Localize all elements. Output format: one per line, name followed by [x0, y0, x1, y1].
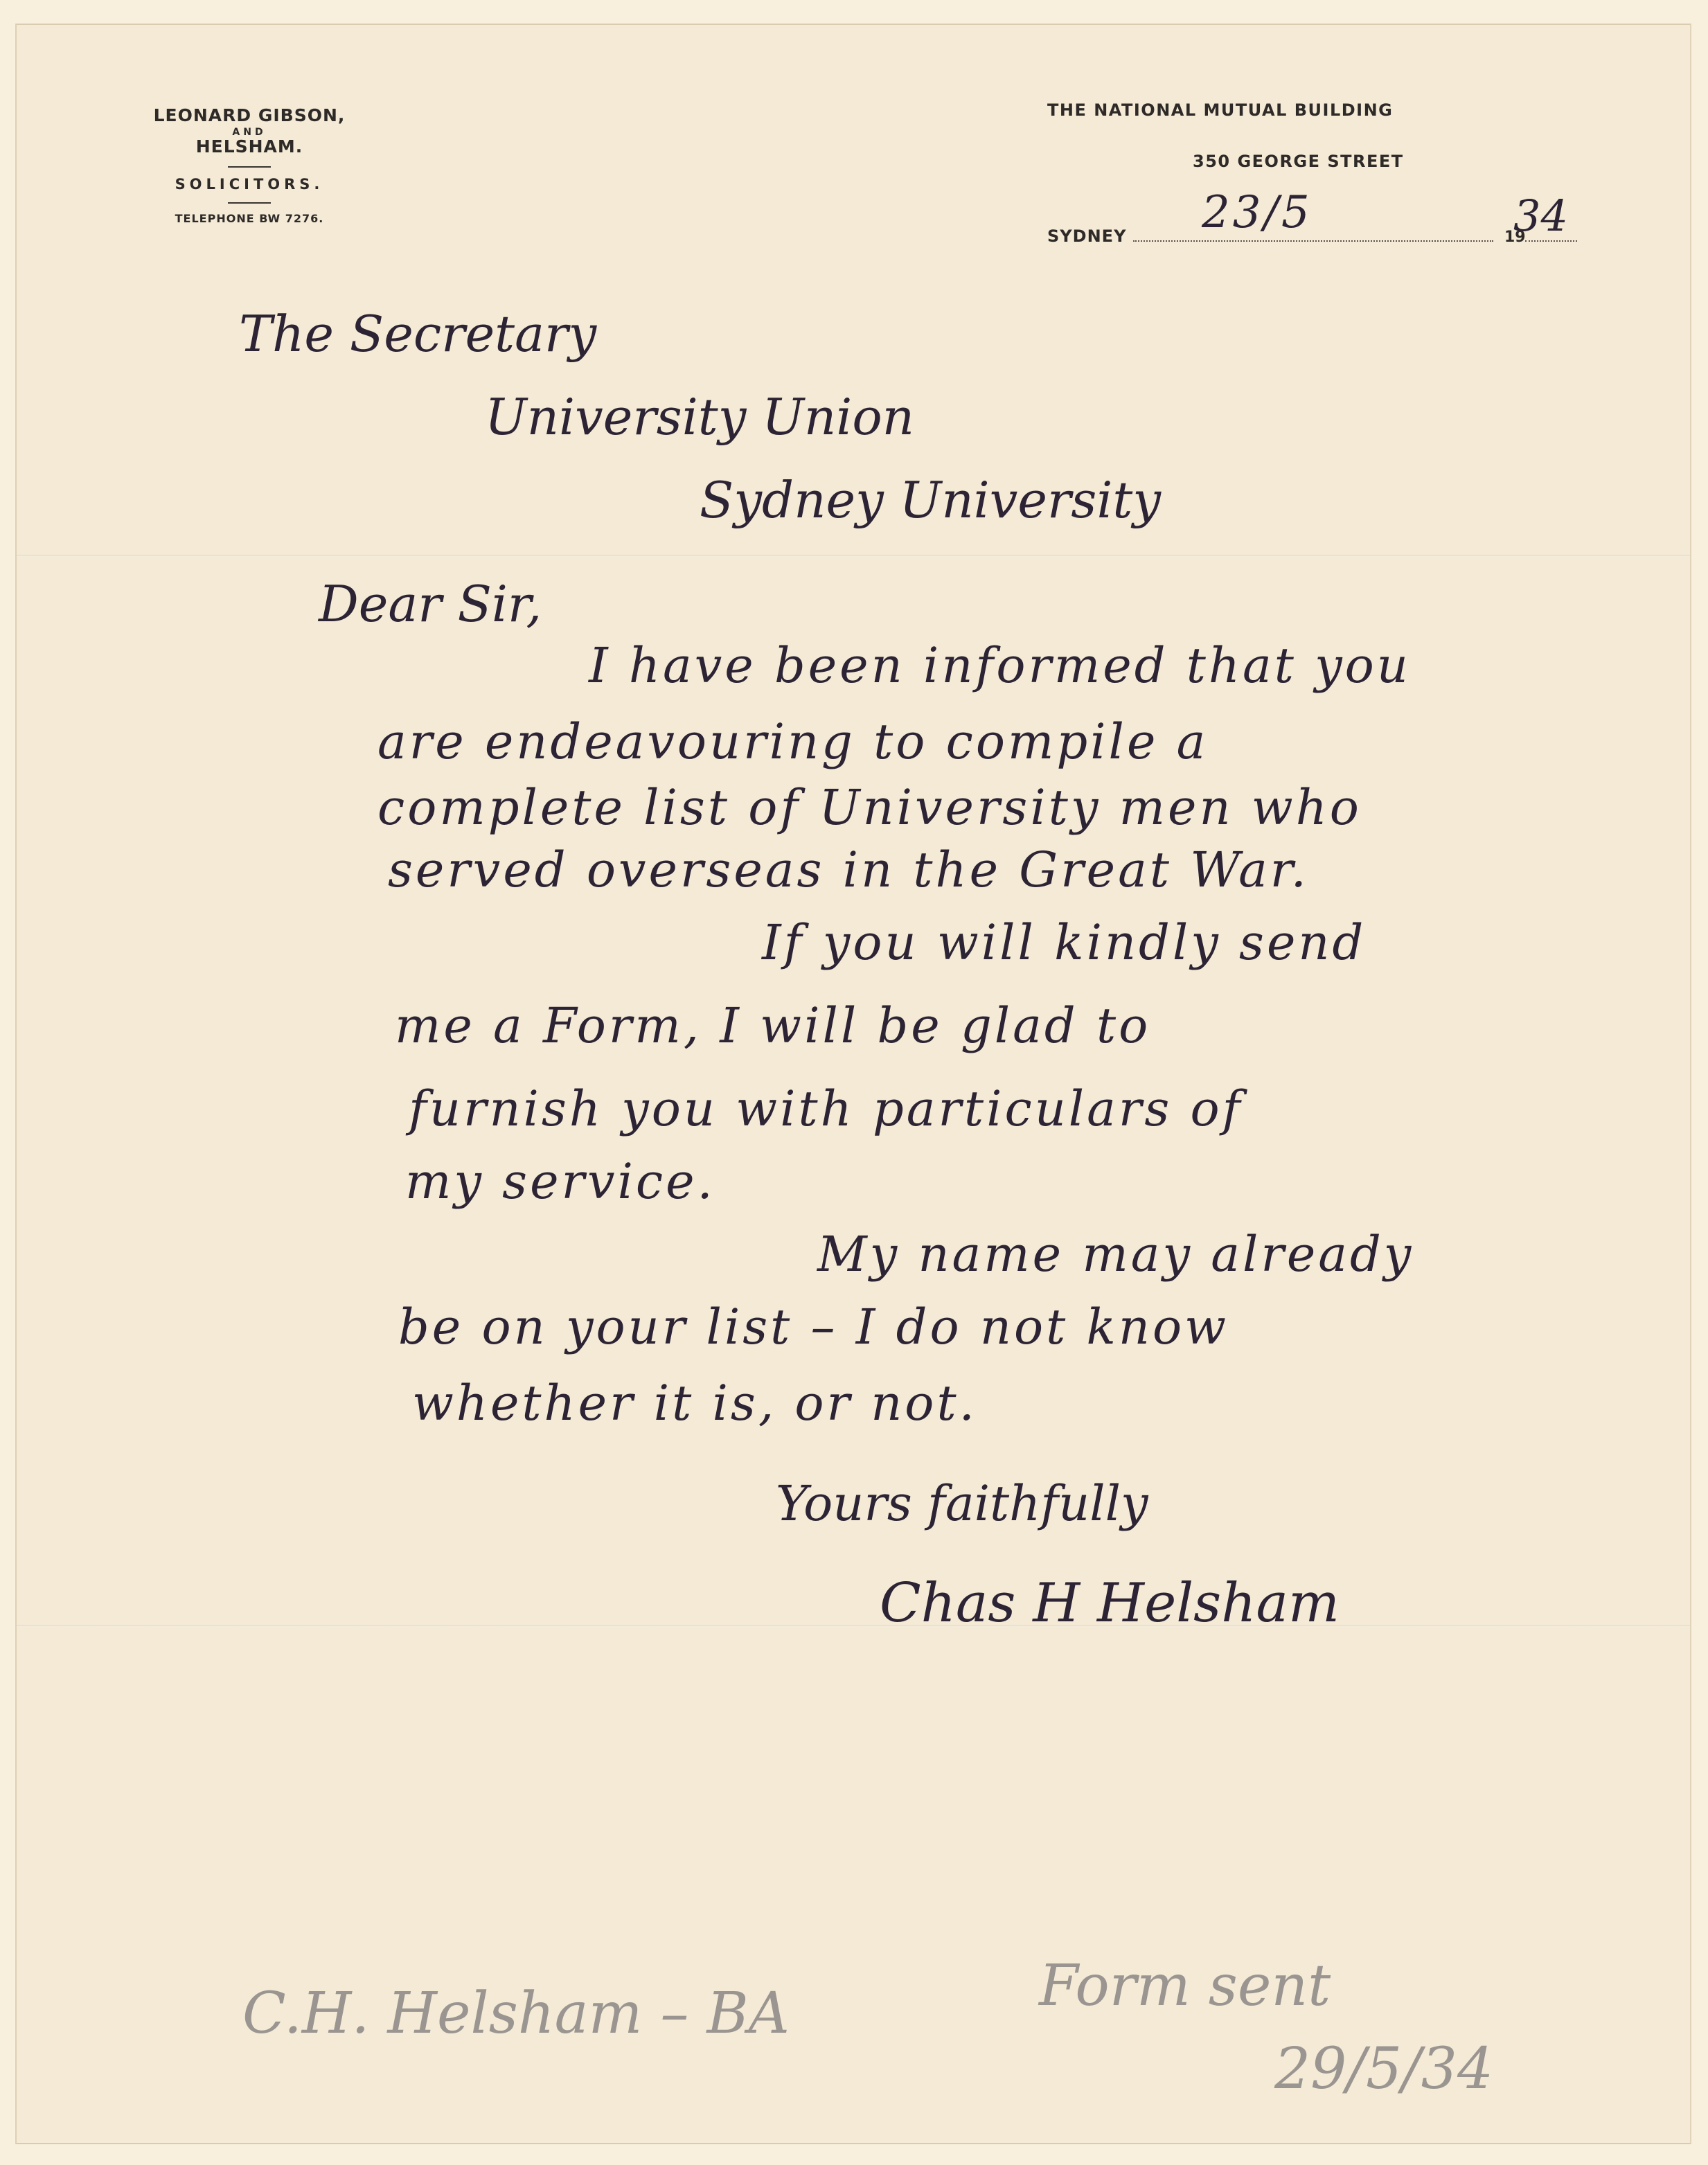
street-address: 350 GEORGE STREET	[1193, 152, 1593, 171]
building-name: THE NATIONAL MUTUAL BUILDING	[1047, 100, 1593, 120]
handwritten-date: 23/5	[1202, 187, 1313, 238]
handwritten-year: 34	[1513, 190, 1568, 241]
body-line: furnish you with particulars of	[409, 1080, 1243, 1137]
body-line: me a Form, I will be glad to	[395, 997, 1150, 1054]
salutation: Dear Sir,	[319, 575, 542, 633]
signature: Chas H Helsham	[880, 1572, 1340, 1634]
city-label: SYDNEY	[1047, 226, 1126, 246]
body-line: My name may already	[817, 1226, 1414, 1283]
pencil-name-annotation: C.H. Helsham – BA	[242, 1981, 790, 2047]
pencil-form-sent-annotation: Form sent	[1039, 1953, 1331, 2019]
body-line: be on your list – I do not know	[398, 1299, 1229, 1355]
firm-profession: SOLICITORS.	[104, 176, 395, 193]
body-line: complete list of University men who	[377, 779, 1362, 836]
body-line: are endeavouring to compile a	[377, 713, 1208, 770]
valediction: Yours faithfully	[776, 1475, 1148, 1532]
recipient-line2: University Union	[485, 388, 914, 446]
body-line: served overseas in the Great War.	[388, 841, 1309, 898]
letterhead-firm: LEONARD GIBSON, AND HELSHAM. SOLICITORS.…	[104, 83, 395, 225]
body-line: I have been informed that you	[589, 637, 1411, 694]
letterhead-address: THE NATIONAL MUTUAL BUILDING 350 GEORGE …	[1039, 100, 1593, 171]
firm-name-line2: HELSHAM.	[104, 136, 395, 157]
body-line: whether it is, or not.	[412, 1375, 977, 1432]
pencil-date-annotation: 29/5/34	[1274, 2036, 1493, 2102]
recipient-line1: The Secretary	[239, 305, 596, 363]
recipient-line3: Sydney University	[700, 471, 1161, 529]
fold-line	[17, 555, 1690, 557]
divider	[228, 166, 271, 168]
divider	[228, 202, 271, 204]
body-line: If you will kindly send	[762, 914, 1366, 971]
firm-name-line1: LEONARD GIBSON,	[104, 105, 395, 125]
body-line: my service.	[405, 1153, 715, 1210]
date-dotted-line	[1133, 240, 1493, 242]
date-line: SYDNEY 19	[1047, 218, 1581, 246]
fold-line	[17, 1625, 1690, 1627]
firm-telephone: TELEPHONE BW 7276.	[104, 212, 395, 225]
